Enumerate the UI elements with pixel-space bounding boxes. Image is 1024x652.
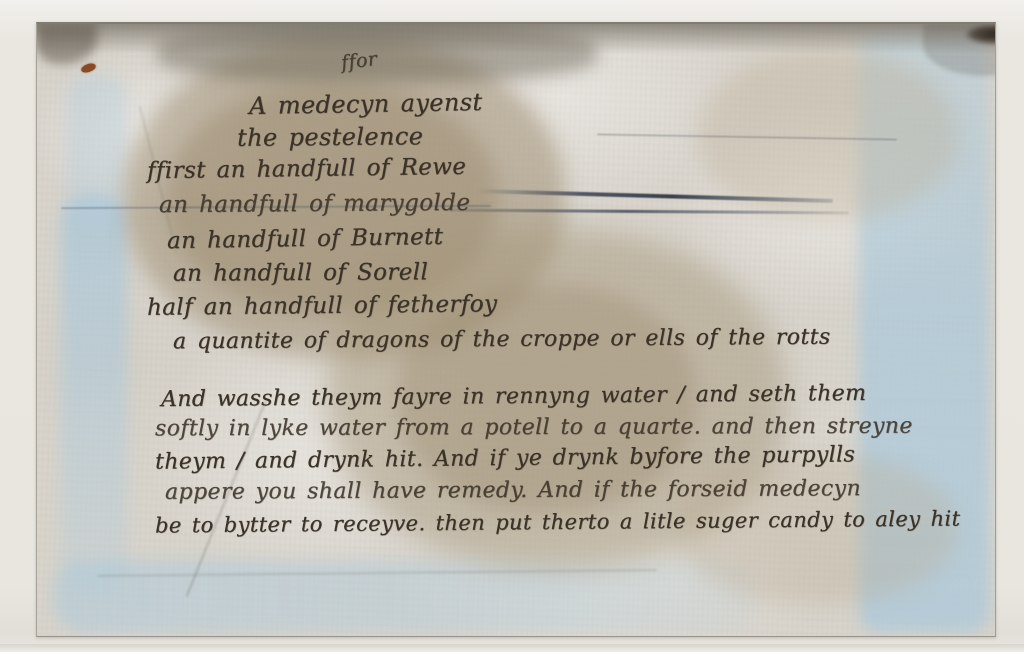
- ingredient-line-1: ffirst an handfull of Rewe: [147, 154, 467, 184]
- instruction-line-4: appere you shall have remedy. And if the…: [165, 476, 861, 505]
- instruction-line-2: softly in lyke water from a potell to a …: [155, 414, 913, 442]
- ingredient-line-2: an handfull of marygolde: [159, 190, 470, 218]
- title-line-1: A medecyn ayenst: [249, 88, 483, 120]
- ingredient-line-6: a quantite of dragons of the croppe or e…: [173, 325, 831, 355]
- mount-bottom-edge: [0, 644, 1024, 652]
- ingredient-line-3: an handfull of Burnett: [167, 224, 444, 254]
- manuscript-text: ffor A medecyn ayenst the pestelence ffi…: [37, 24, 995, 636]
- manuscript-photo: ffor A medecyn ayenst the pestelence ffi…: [0, 0, 1024, 652]
- instruction-line-5: be to bytter to receyve. then put therto…: [155, 506, 961, 537]
- title-line-2: the pestelence: [237, 122, 423, 152]
- header-mark: ffor: [340, 48, 379, 74]
- ingredient-line-4: an handfull of Sorell: [173, 259, 428, 286]
- ingredient-line-5: half an handfull of fetherfoy: [147, 291, 498, 321]
- manuscript-sheet: ffor A medecyn ayenst the pestelence ffi…: [36, 22, 996, 637]
- instruction-line-3: theym / and drynk hit. And if ye drynk b…: [155, 442, 855, 474]
- instruction-line-1: And wasshe theym fayre in rennyng water …: [161, 381, 867, 412]
